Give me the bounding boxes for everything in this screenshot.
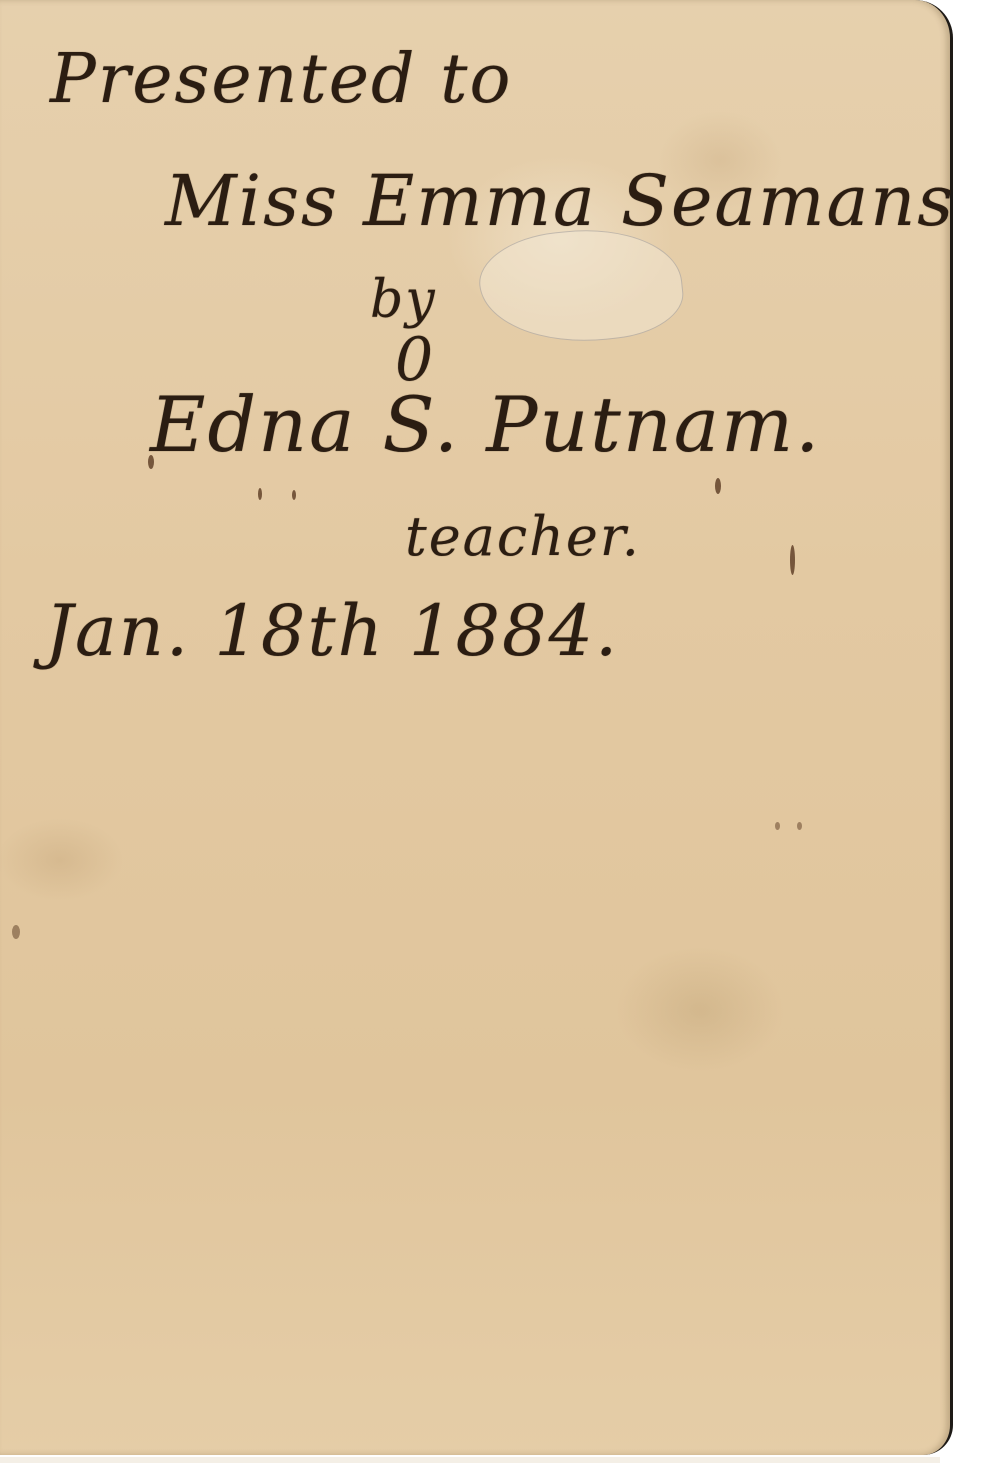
ink-blot [258,488,262,500]
inscription-date: Jan. 18th 1884. [45,590,619,672]
inscription-presented-to: Presented to [50,40,512,119]
ink-blot [797,822,802,830]
ink-blot [790,545,795,575]
ink-blot [775,822,780,830]
card-back: Presented to Miss Emma Seamans by 0 Edna… [0,0,953,1455]
ink-blot [12,925,20,939]
ink-blot [148,455,154,469]
inscription-by: by [370,270,437,330]
inscription-giver-name: Edna S. Putnam. [150,380,821,469]
inscription-giver-role: teacher. [405,505,641,568]
inscription-recipient: Miss Emma Seamans [165,160,955,242]
scan-bottom-edge [0,1457,940,1463]
ink-blot [715,478,721,494]
ink-blot [292,490,296,500]
